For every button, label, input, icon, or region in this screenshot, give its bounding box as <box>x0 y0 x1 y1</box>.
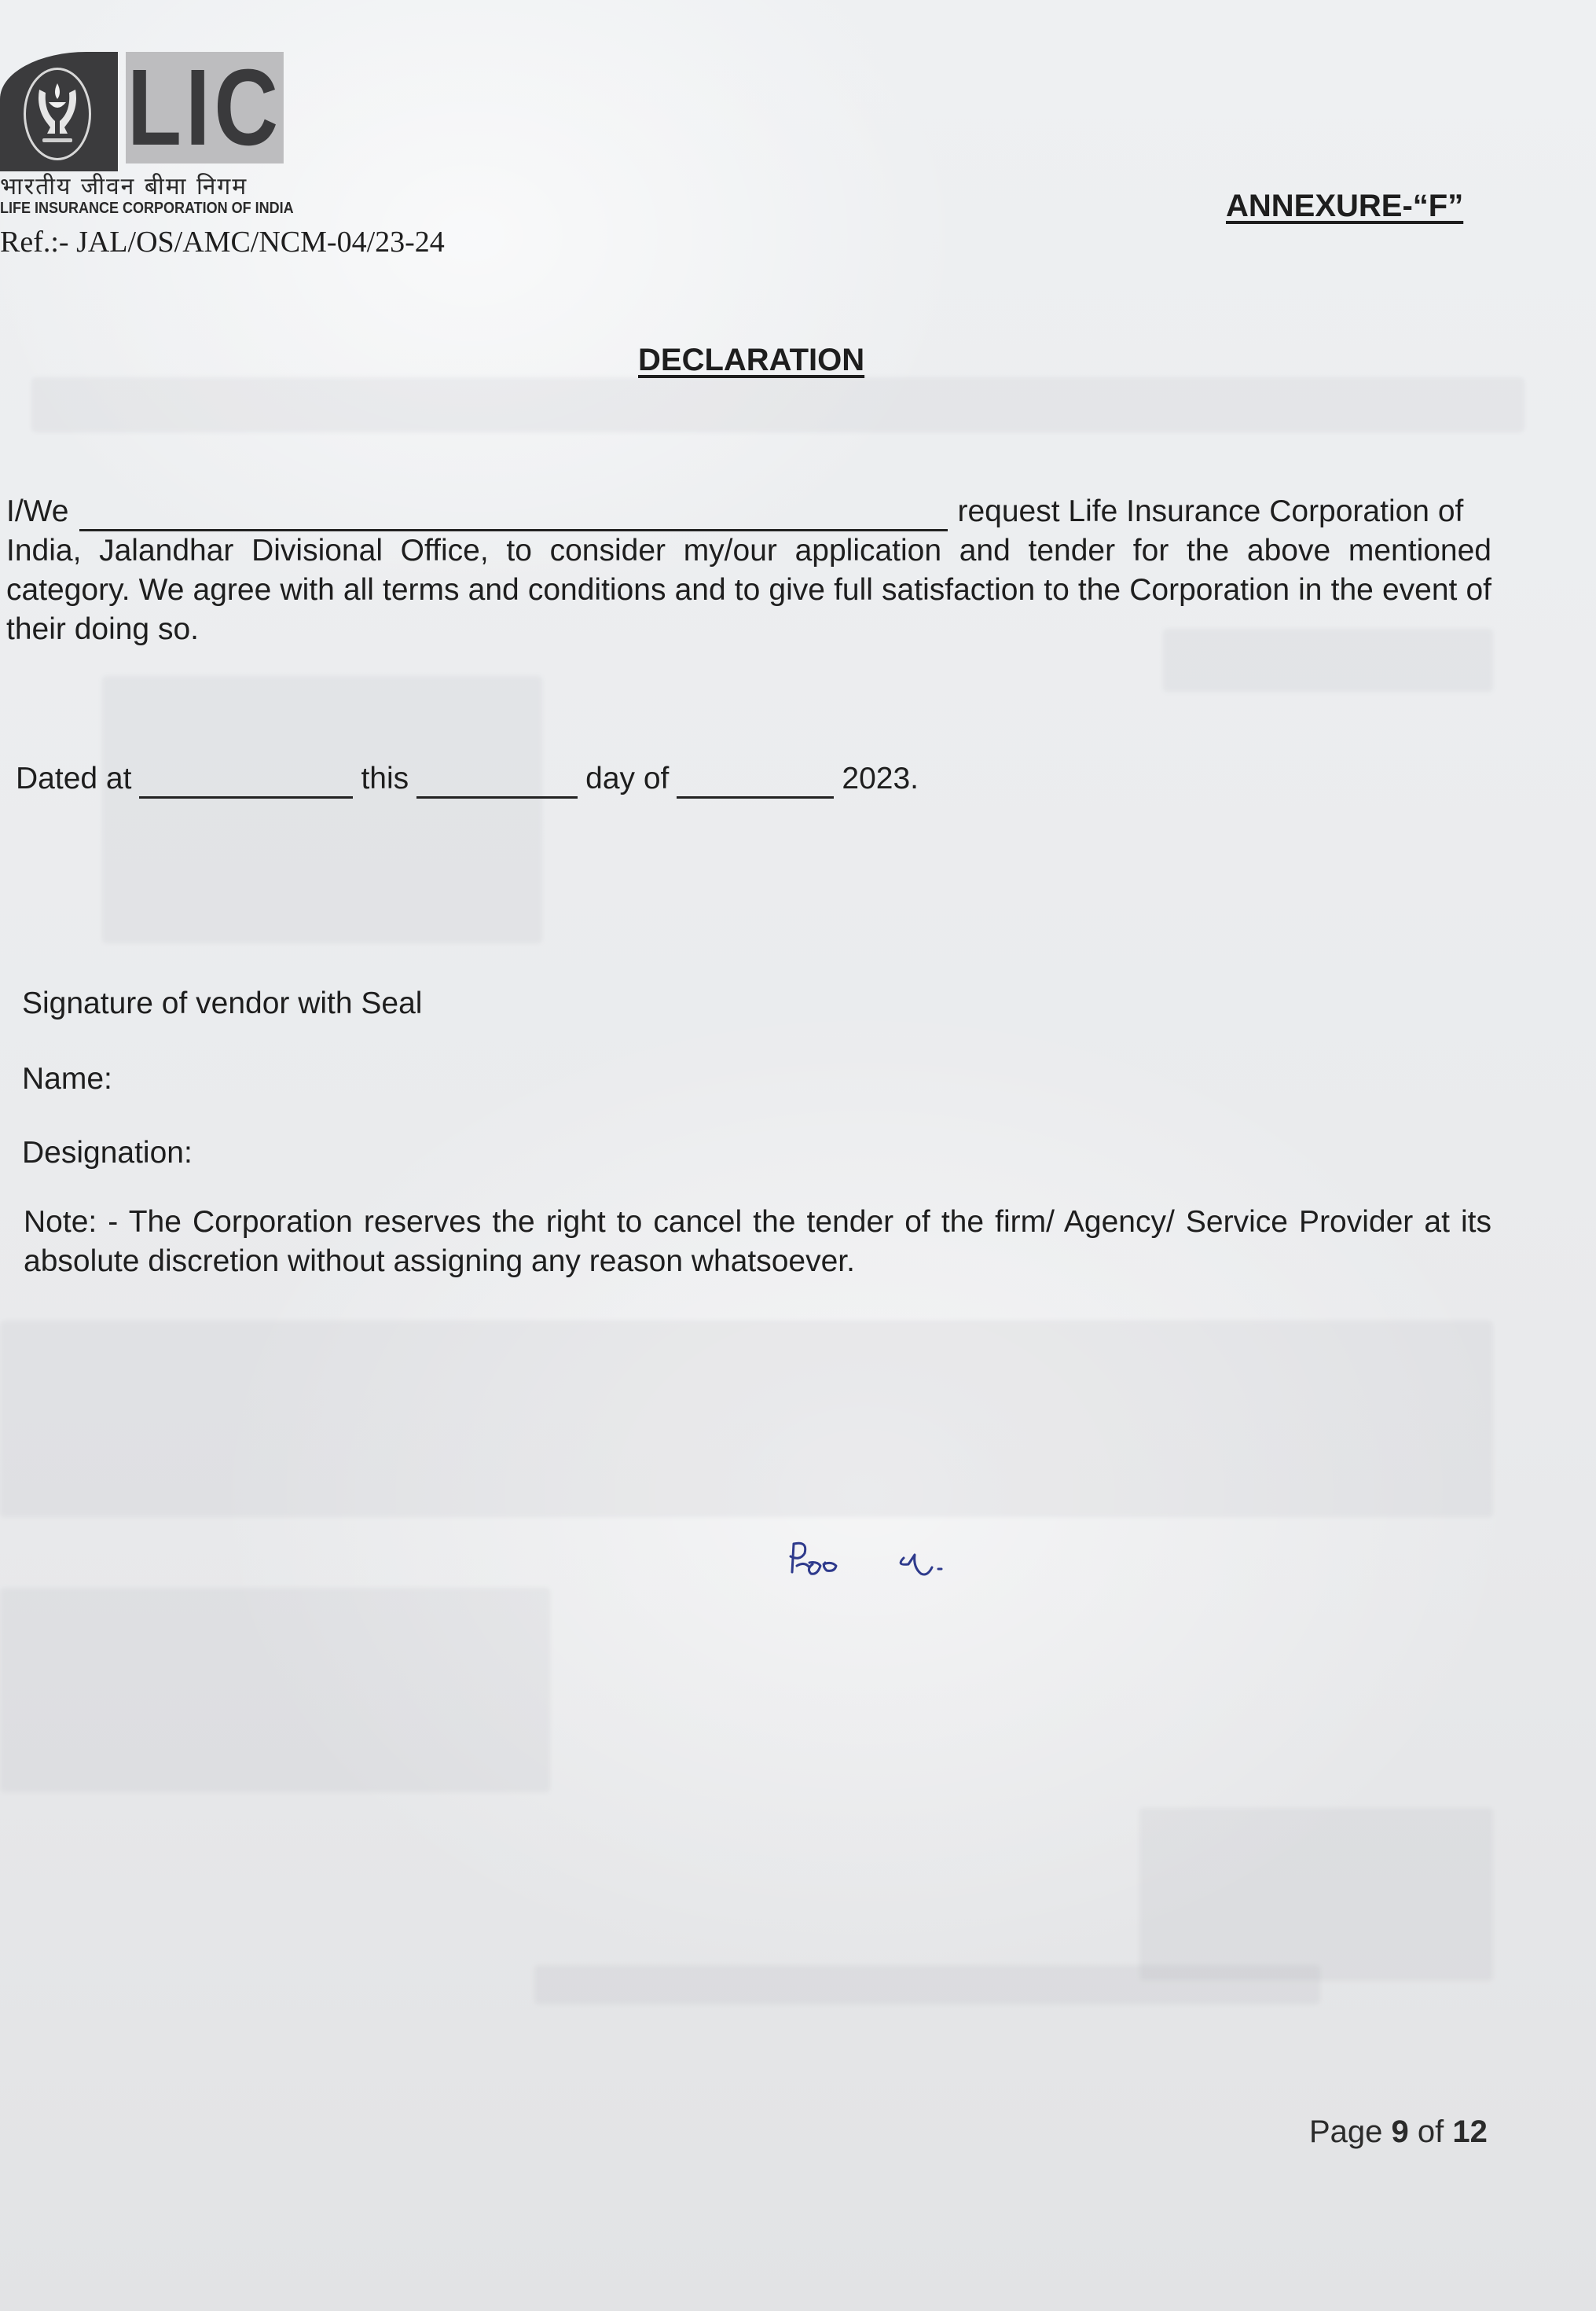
bleed-through-mark <box>0 1588 550 1792</box>
page-prefix: Page <box>1309 2114 1382 2149</box>
name-label: Name: <box>22 1060 112 1099</box>
hands-lamp-emblem-icon <box>0 52 118 171</box>
logo-hindi-text: भारतीय जीवन बीमा निगम <box>0 175 322 200</box>
declaration-body: India, Jalandhar Divisional Office, to c… <box>6 531 1491 649</box>
logo-mark: LIC <box>0 52 322 171</box>
bleed-through-mark <box>1139 1808 1493 1981</box>
signature-label: Signature of vendor with Seal <box>22 984 422 1023</box>
signature-scribble-icon <box>770 1517 990 1604</box>
day-field[interactable] <box>416 770 578 799</box>
page-number: Page 9 of 12 <box>1309 2114 1488 2150</box>
month-field[interactable] <box>677 770 834 799</box>
hands-lamp-icon <box>28 75 86 148</box>
handwritten-signature <box>770 1517 990 1607</box>
page-title: DECLARATION <box>638 343 864 378</box>
declaration-line1-suffix: request Life Insurance Corporation of <box>957 492 1463 531</box>
page-of: of <box>1418 2114 1444 2149</box>
bleed-through-mark <box>31 377 1524 432</box>
day-of-label: day of <box>585 759 669 799</box>
this-label: this <box>361 759 409 799</box>
designation-label: Designation: <box>22 1133 193 1173</box>
dated-line: Dated at this day of 2023. <box>16 759 919 799</box>
dated-at-label: Dated at <box>16 759 131 799</box>
bleed-through-mark <box>534 1965 1320 2004</box>
note-text: Note: - The Corporation reserves the rig… <box>24 1203 1491 1281</box>
bleed-through-mark <box>0 1321 1493 1517</box>
page-total: 12 <box>1452 2114 1488 2149</box>
applicant-name-field[interactable] <box>79 502 948 531</box>
lic-logo: LIC भारतीय जीवन बीमा निगम LIFE INSURANCE… <box>0 52 322 217</box>
page-current: 9 <box>1392 2114 1409 2149</box>
declaration-paragraph: I/We request Life Insurance Corporation … <box>6 492 1491 649</box>
bleed-through-mark <box>102 676 542 943</box>
declaration-prefix: I/We <box>6 492 68 531</box>
logo-letters: LIC <box>126 52 284 163</box>
year-label: 2023. <box>842 759 919 799</box>
logo-english-text: LIFE INSURANCE CORPORATION OF INDIA <box>0 200 290 217</box>
annexure-label: ANNEXURE-“F” <box>1226 189 1463 224</box>
reference-number: Ref.:- JAL/OS/AMC/NCM-04/23-24 <box>0 225 445 259</box>
declaration-first-line: I/We request Life Insurance Corporation … <box>6 492 1491 531</box>
place-field[interactable] <box>139 770 353 799</box>
